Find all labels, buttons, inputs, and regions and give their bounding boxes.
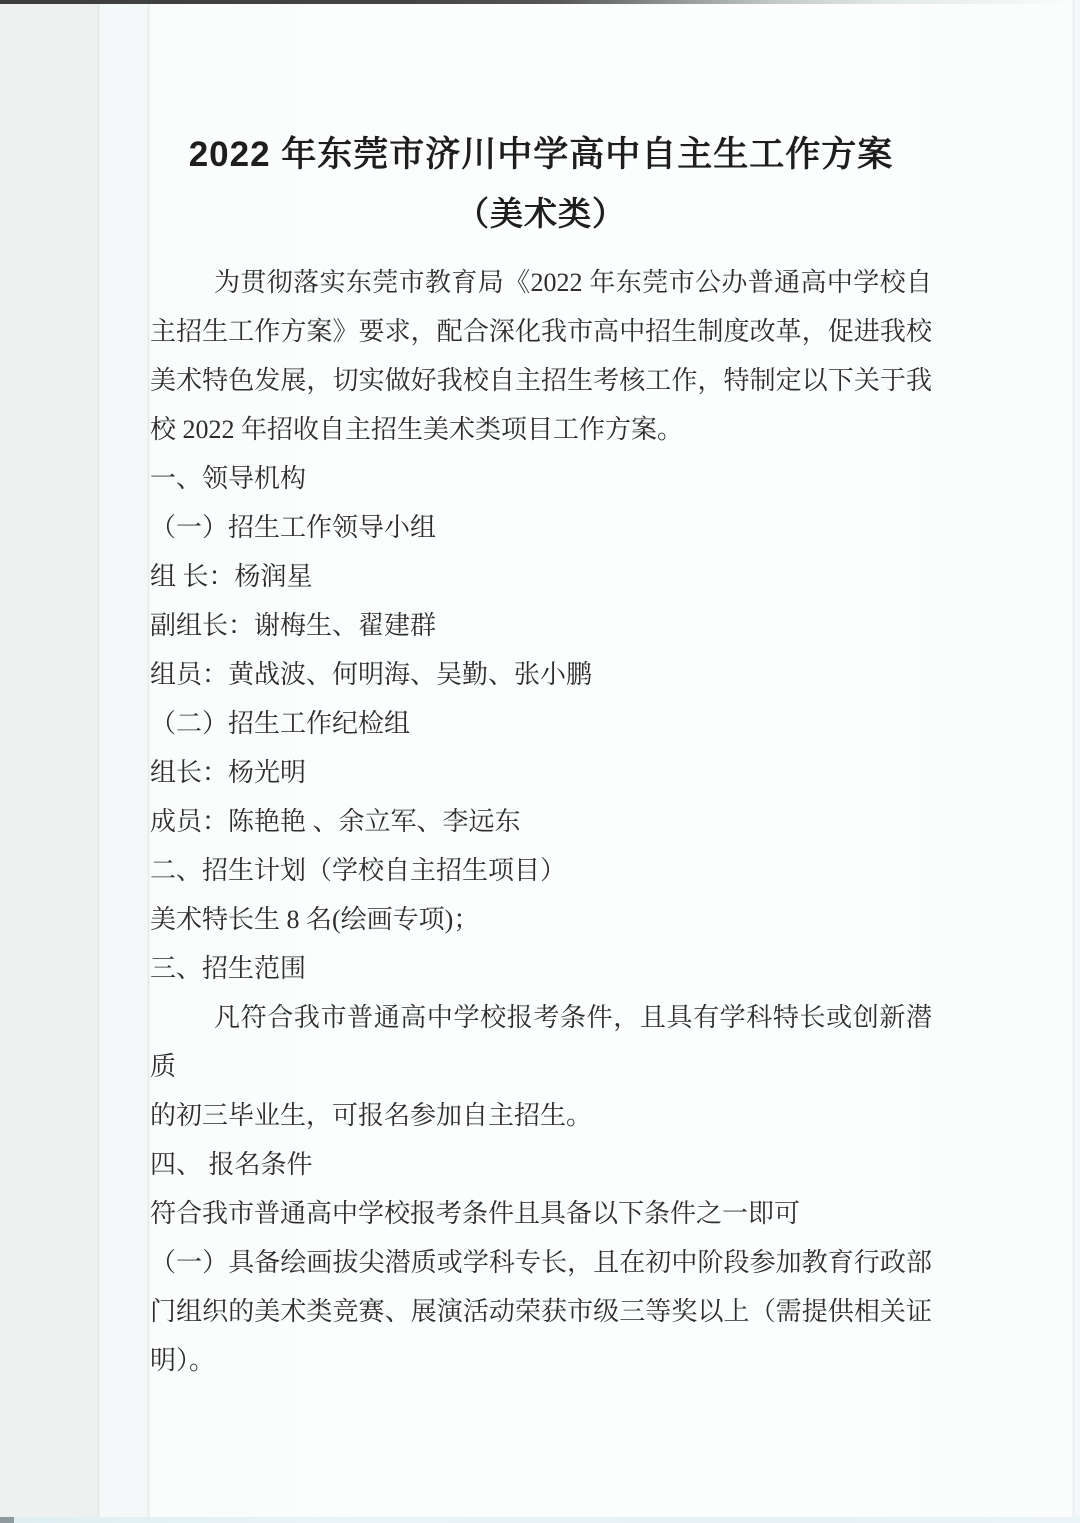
scope-line-1: 凡符合我市普通高中学校报考条件，且具有学科特长或创新潜质 — [150, 993, 932, 1091]
discipline-leader-line: 组长：杨光明 — [150, 748, 932, 797]
intro-line-3: 美术特色发展，切实做好我校自主招生考核工作，特制定以下关于我 — [150, 356, 932, 405]
section-1-heading: 一、领导机构 — [150, 454, 932, 503]
requirement-intro-line: 符合我市普通高中学校报考条件且具备以下条件之一即可 — [150, 1189, 932, 1238]
doc-subtitle: （美术类） — [150, 191, 932, 237]
condition-1-line-2: 门组织的美术类竞赛、展演活动荣获市级三等奖以上（需提供相关证 — [150, 1287, 932, 1336]
deputy-leaders-line: 副组长：谢梅生、翟建群 — [150, 601, 932, 650]
document-body: 2022 年东莞市济川中学高中自主生工作方案 （美术类） 为贯彻落实东莞市教育局… — [150, 0, 932, 1385]
scan-bottom-edge — [0, 1517, 1080, 1523]
section-4-heading: 四、 报名条件 — [150, 1140, 932, 1189]
scan-bottom-corner-artifact — [0, 1517, 14, 1523]
members-line: 组员：黄战波、何明海、吴勤、张小鹏 — [150, 650, 932, 699]
intro-line-2: 主招生工作方案》要求，配合深化我市高中招生制度改革，促进我校 — [150, 307, 932, 356]
condition-1-line-3: 明）。 — [150, 1336, 932, 1385]
section-1-sub-1-heading: （一）招生工作领导小组 — [150, 503, 932, 552]
scanned-document-page: 2022 年东莞市济川中学高中自主生工作方案 （美术类） 为贯彻落实东莞市教育局… — [0, 0, 1080, 1523]
intro-line-1: 为贯彻落实东莞市教育局《2022 年东莞市公办普通高中学校自 — [150, 258, 932, 307]
discipline-members-line: 成员：陈艳艳 、余立军、李远东 — [150, 797, 932, 846]
scope-line-2: 的初三毕业生，可报名参加自主招生。 — [150, 1091, 932, 1140]
section-1-sub-2-heading: （二）招生工作纪检组 — [150, 699, 932, 748]
section-3-heading: 三、招生范围 — [150, 944, 932, 993]
enrollment-plan-line: 美术特长生 8 名(绘画专项)； — [150, 895, 932, 944]
section-2-heading: 二、招生计划（学校自主招生项目） — [150, 846, 932, 895]
leader-line: 组 长：杨润星 — [150, 552, 932, 601]
doc-title: 2022 年东莞市济川中学高中自主生工作方案 — [150, 132, 932, 178]
condition-1-line-1: （一）具备绘画拔尖潜质或学科专长，且在初中阶段参加教育行政部 — [150, 1238, 932, 1287]
doc-text-block: 为贯彻落实东莞市教育局《2022 年东莞市公办普通高中学校自 主招生工作方案》要… — [150, 258, 932, 1385]
intro-line-4: 校 2022 年招收自主招生美术类项目工作方案。 — [150, 405, 932, 454]
